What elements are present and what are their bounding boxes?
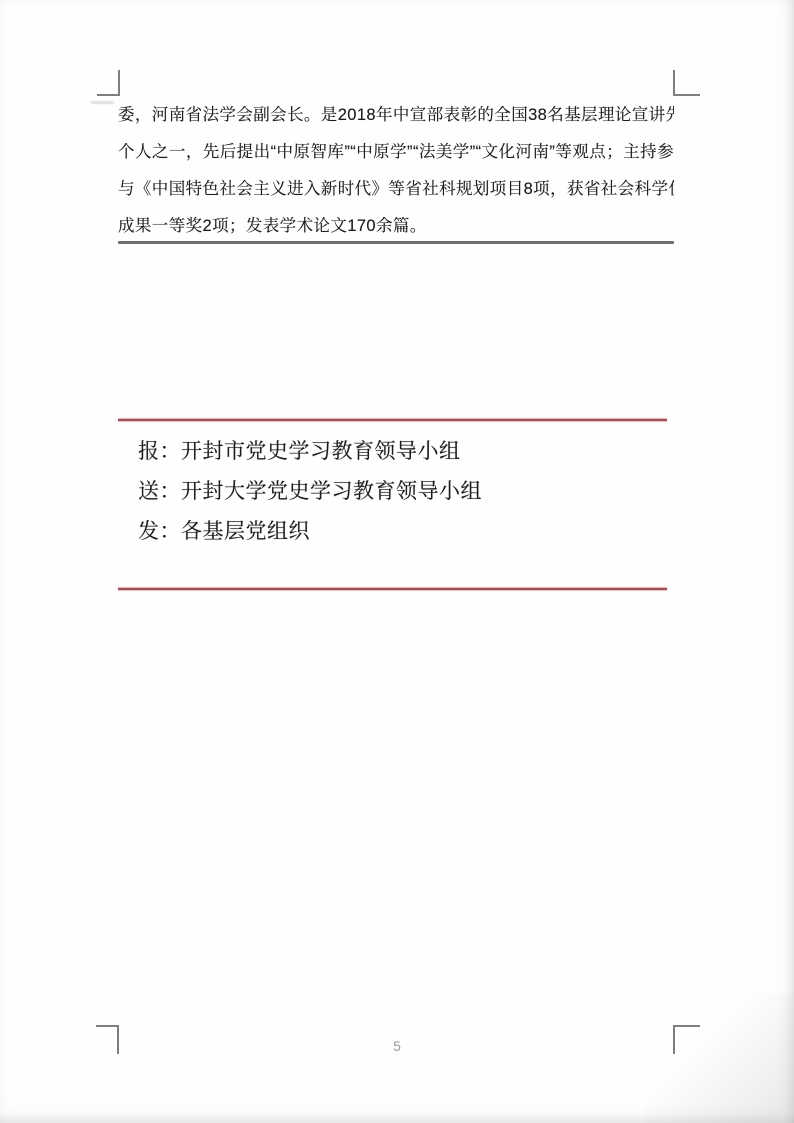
body-paragraph: 委，河南省法学会副会长。是2018年中宣部表彰的全国38名基层理论宣讲先进 个人… bbox=[118, 97, 674, 245]
distribution-item-report: 报：开封市党史学习教育领导小组 bbox=[138, 432, 482, 472]
document-page: 委，河南省法学会副会长。是2018年中宣部表彰的全国38名基层理论宣讲先进 个人… bbox=[0, 0, 794, 1123]
photo-corner-shadow bbox=[644, 993, 794, 1123]
photo-edge-shadow-bottom bbox=[0, 1113, 794, 1123]
distribution-item-send: 送：开封大学党史学习教育领导小组 bbox=[138, 472, 482, 512]
section-divider-line bbox=[118, 241, 674, 244]
crop-mark-top-left-icon bbox=[97, 70, 120, 96]
red-rule-top bbox=[118, 419, 667, 421]
distribution-list: 报：开封市党史学习教育领导小组 送：开封大学党史学习教育领导小组 发：各基层党组… bbox=[138, 432, 482, 552]
body-text-line-2: 个人之一，先后提出“中原智库”“中原学”“法美学”“文化河南”等观点；主持参 bbox=[118, 134, 674, 171]
body-text-line-3: 与《中国特色社会主义进入新时代》等省社科规划项目8项，获省社会科学优秀 bbox=[118, 171, 674, 208]
distribution-item-issue: 发：各基层党组织 bbox=[138, 512, 482, 552]
photo-edge-shadow-right bbox=[784, 0, 794, 1123]
page-number: 5 bbox=[0, 1038, 794, 1054]
crop-mark-top-right-icon bbox=[673, 70, 700, 96]
photo-artifact-dash bbox=[91, 101, 114, 104]
body-text-line-1: 委，河南省法学会副会长。是2018年中宣部表彰的全国38名基层理论宣讲先进 bbox=[118, 97, 674, 134]
red-rule-bottom bbox=[118, 588, 667, 590]
body-text-line-4: 成果一等奖2项；发表学术论文170余篇。 bbox=[118, 208, 674, 245]
